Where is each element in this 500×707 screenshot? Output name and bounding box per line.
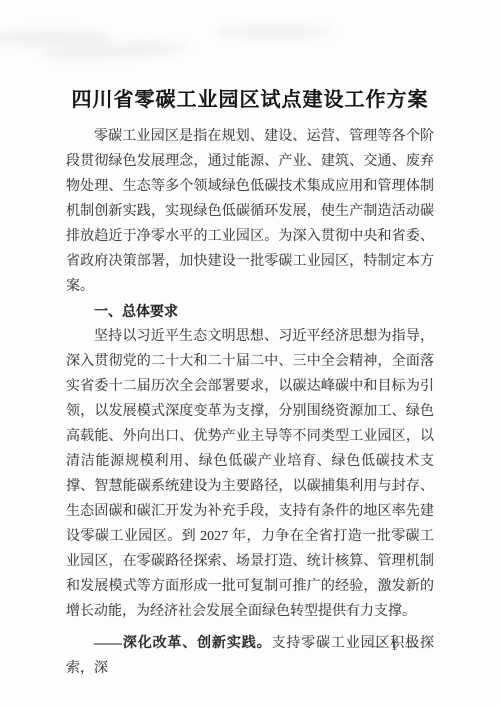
document-body: 零碳工业园区是指在规划、建设、运营、管理等各个阶段贯彻绿色发展理念，通过能源、产… (66, 124, 434, 681)
scan-artifact (215, 26, 335, 38)
page-number: — 1 — (371, 638, 420, 654)
paragraph-intro: 零碳工业园区是指在规划、建设、运营、管理等各个阶段贯彻绿色发展理念，通过能源、产… (66, 124, 434, 299)
paragraph-section1-body: 坚持以习近平生态文明思想、习近平经济思想为指导，深入贯彻党的二十大和二十届二中、… (66, 324, 434, 624)
section-heading-overall-requirements: 一、总体要求 (66, 299, 434, 324)
reform-item-lead: ——深化改革、创新实践。 (94, 636, 271, 651)
document-title: 四川省零碳工业园区试点建设工作方案 (0, 83, 500, 112)
scan-artifact (0, 30, 112, 46)
document-page: 四川省零碳工业园区试点建设工作方案 零碳工业园区是指在规划、建设、运营、管理等各… (0, 0, 500, 707)
